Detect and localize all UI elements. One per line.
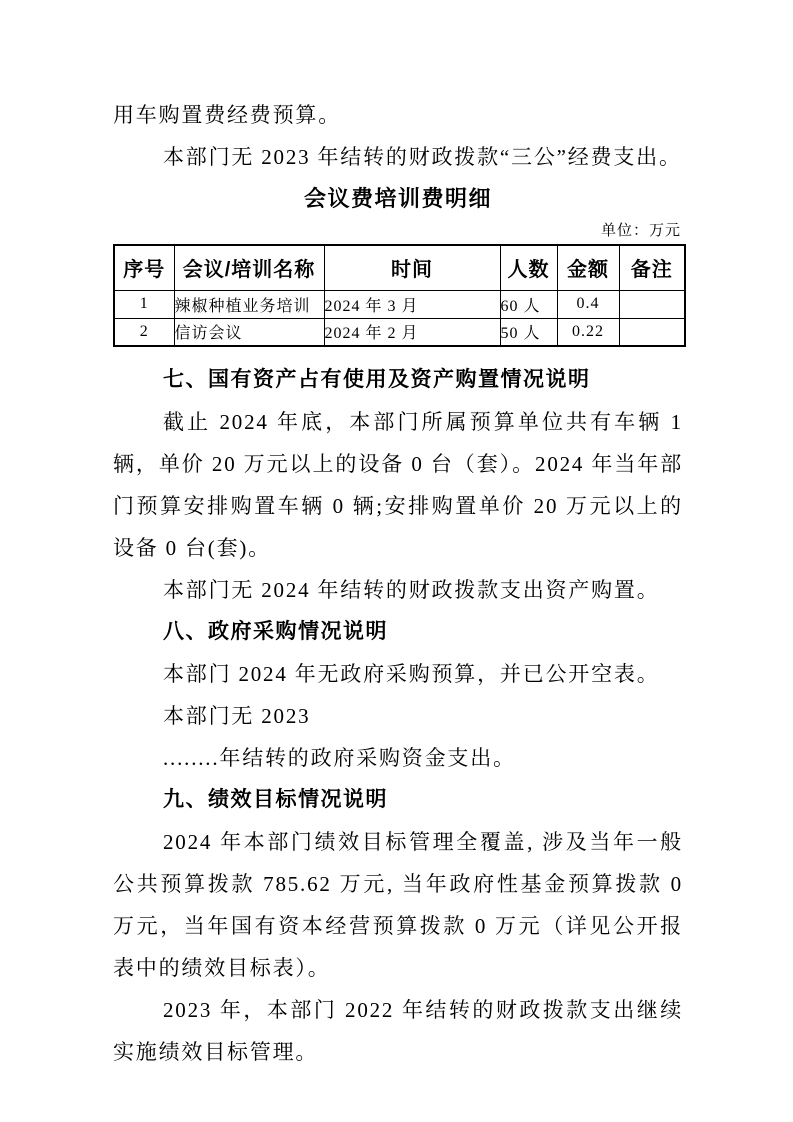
paragraph: 本部门无 2023 — [113, 695, 683, 737]
section-performance-targets: 九、绩效目标情况说明 2024 年本部门绩效目标管理全覆盖, 涉及当年一般公共预… — [113, 779, 683, 1073]
table-cell-people: 50 人 — [500, 318, 557, 346]
table-cell-name: 辣椒种植业务培训 — [174, 290, 324, 318]
section-state-assets: 七、国有资产占有使用及资产购置情况说明 截止 2024 年底，本部门所属预算单位… — [113, 359, 683, 611]
unit-note: 单位：万元 — [113, 220, 681, 242]
section-government-procurement: 八、政府采购情况说明 本部门 2024 年无政府采购预算，并已公开空表。 本部门… — [113, 611, 683, 779]
table-cell-seq: 2 — [114, 318, 174, 346]
table-header-cell: 人数 — [500, 245, 557, 290]
paragraph: 截止 2024 年底，本部门所属预算单位共有车辆 1 辆，单价 20 万元以上的… — [113, 401, 683, 569]
meeting-table-title: 会议费培训费明细 — [113, 178, 683, 220]
table-header-cell: 备注 — [619, 245, 685, 290]
table-cell-seq: 1 — [114, 290, 174, 318]
table-cell-name: 信访会议 — [174, 318, 324, 346]
section-heading: 九、绩效目标情况说明 — [113, 779, 683, 821]
table-header-cell: 时间 — [324, 245, 500, 290]
paragraph: 2023 年，本部门 2022 年结转的财政拨款支出继续实施绩效目标管理。 — [113, 989, 683, 1073]
paragraph: 本部门无 2024 年结转的财政拨款支出资产购置。 — [113, 569, 683, 611]
table-cell-amount: 0.22 — [557, 318, 619, 346]
section-heading: 八、政府采购情况说明 — [113, 611, 683, 653]
paragraph: 2024 年本部门绩效目标管理全覆盖, 涉及当年一般公共预算拨款 785.62 … — [113, 821, 683, 989]
table-cell-note — [619, 318, 685, 346]
table-header-cell: 会议/培训名称 — [174, 245, 324, 290]
document-page: 用车购置费经费预算。 本部门无 2023 年结转的财政拨款“三公”经费支出。 会… — [0, 0, 793, 1122]
table-row: 2 信访会议 2024 年 2 月 50 人 0.22 — [114, 318, 685, 346]
paragraph-continuation: 用车购置费经费预算。 — [113, 94, 683, 136]
table-cell-amount: 0.4 — [557, 290, 619, 318]
table-cell-people: 60 人 — [500, 290, 557, 318]
table-header-cell: 金额 — [557, 245, 619, 290]
table-row: 1 辣椒种植业务培训 2024 年 3 月 60 人 0.4 — [114, 290, 685, 318]
section-heading: 七、国有资产占有使用及资产购置情况说明 — [113, 359, 683, 401]
table-header-row: 序号 会议/培训名称 时间 人数 金额 备注 — [114, 245, 685, 290]
table-cell-time: 2024 年 3 月 — [324, 290, 500, 318]
table-header-cell: 序号 — [114, 245, 174, 290]
table-cell-time: 2024 年 2 月 — [324, 318, 500, 346]
meeting-expense-table: 序号 会议/培训名称 时间 人数 金额 备注 1 辣椒种植业务培训 2024 年… — [113, 244, 686, 347]
paragraph: 本部门 2024 年无政府采购预算，并已公开空表。 — [113, 653, 683, 695]
paragraph-dotted: ........年结转的政府采购资金支出。 — [113, 737, 683, 779]
table-cell-note — [619, 290, 685, 318]
paragraph-no-carryover: 本部门无 2023 年结转的财政拨款“三公”经费支出。 — [113, 136, 683, 178]
